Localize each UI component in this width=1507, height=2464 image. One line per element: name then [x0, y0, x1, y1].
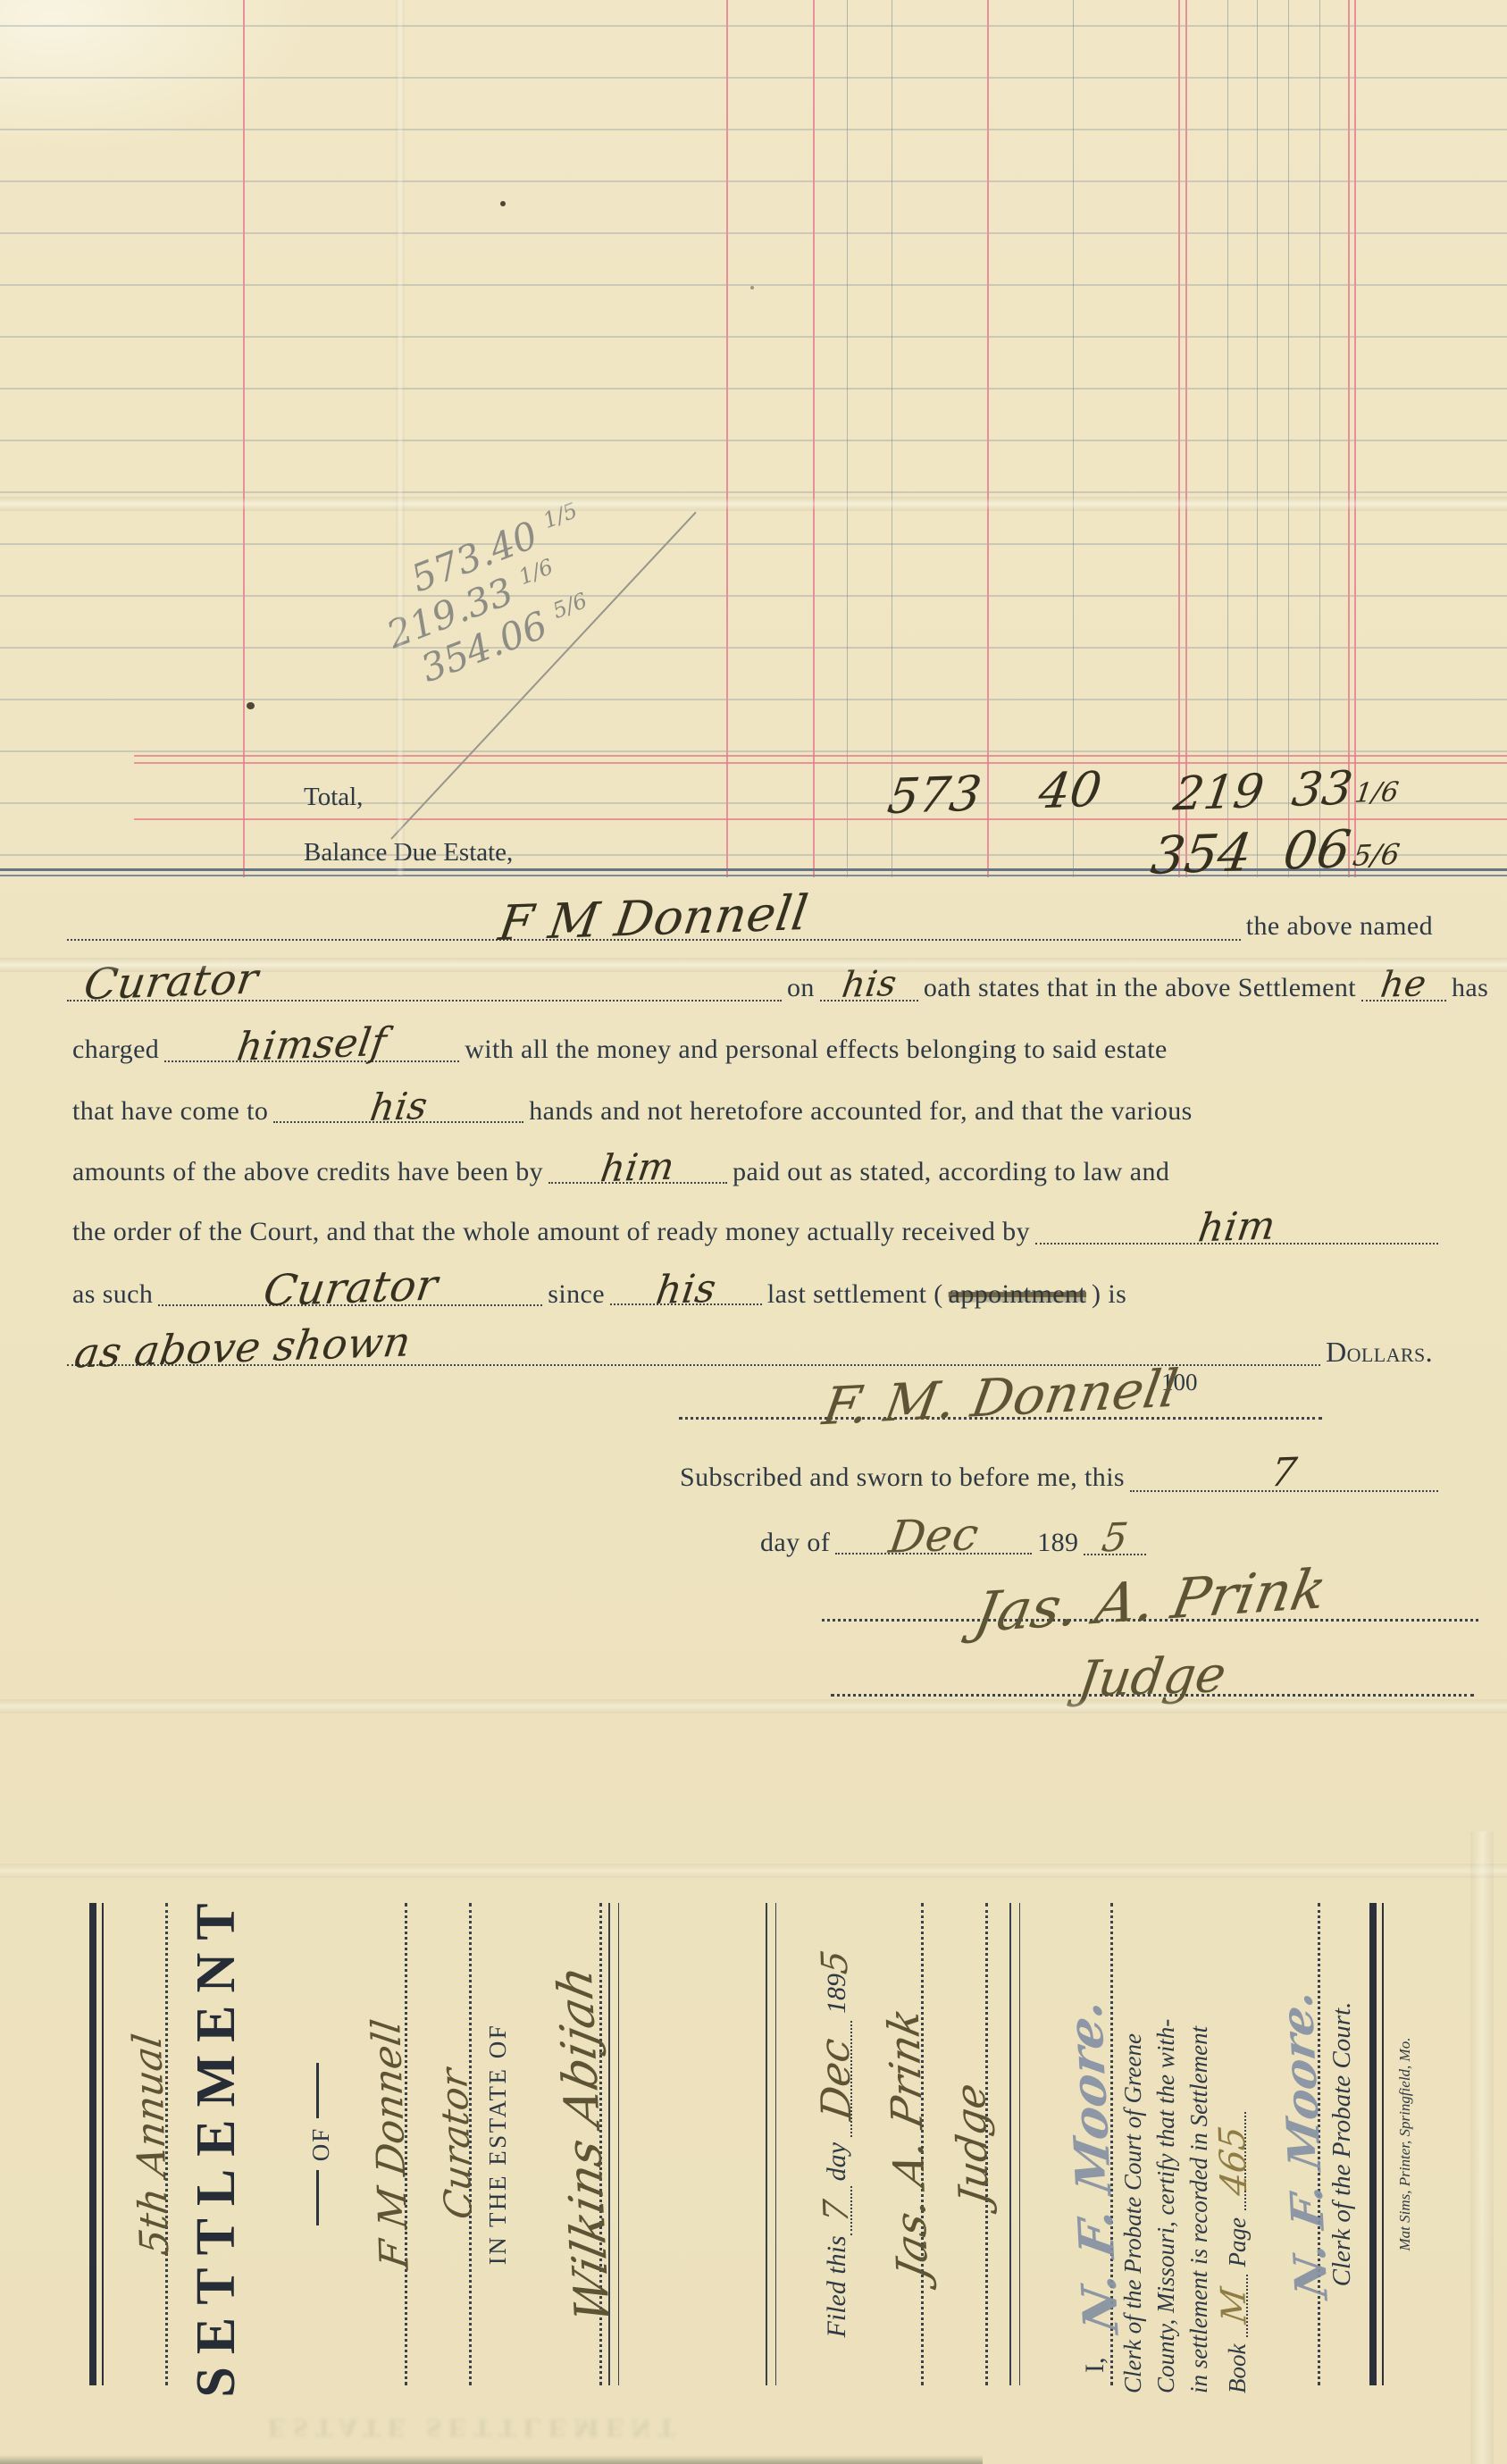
vertical-crease [396, 0, 405, 876]
ledger-column-line [1073, 0, 1074, 877]
amount-handwriting: as above shown [71, 1317, 414, 1377]
i-label: I, [1080, 2358, 1110, 2386]
docket-annual-row: 5th Annual [104, 1881, 168, 2408]
printed-text: amounts of the above credits have been b… [67, 1157, 548, 1187]
printed-text: paid out as stated, according to law and [727, 1157, 1175, 1187]
docket-clerk-oath-row: I, N. F. Moore. [1027, 1881, 1113, 2408]
docket-certification: Clerk of the Probate Court of Greene Cou… [1113, 1881, 1254, 2408]
name-blank: F M Donnell [67, 889, 1241, 941]
his-blank: his [273, 1071, 523, 1123]
total-amount-col2: 219 33 1/6 [1175, 765, 1398, 818]
balance-label: Balance Due Estate, [304, 838, 513, 867]
balance-amount: 354 06 5/6 [1152, 822, 1399, 883]
spacer [625, 1881, 759, 2408]
annual-handwriting: 5th Annual [125, 2031, 179, 2258]
docket-clerk-signature-row: N. F. Moore. [1254, 1881, 1320, 2408]
judge-title-line: Judge [831, 1624, 1474, 1697]
affidavit-line-3: charged himself with all the money and p… [67, 1010, 1438, 1060]
scanned-probate-settlement-document: 573.40 1/5 219.33 1/6 354.06 5/6 Total, … [0, 0, 1507, 2464]
settlement-title: SETTLEMENT [185, 1890, 248, 2397]
page-edge-crease [1470, 1831, 1494, 2464]
printed-text: last settlement ( [762, 1279, 949, 1310]
docket-party-row: F M Donnell [343, 1881, 407, 2408]
printed-text: on [782, 973, 820, 1003]
rule-dash [316, 2063, 319, 2118]
estate-label: IN THE ESTATE OF [484, 2024, 512, 2266]
printed-text: since [542, 1279, 610, 1310]
printed-text: the order of the Court, and that the who… [67, 1217, 1035, 1247]
amount-fraction: 5/6 [1351, 837, 1402, 873]
ledger-column-line [1227, 0, 1228, 877]
book-handwriting: M [1215, 2285, 1252, 2326]
printed-text: the above named [1241, 911, 1438, 942]
ink-speck [500, 201, 506, 206]
role-handwriting: Curator [431, 2066, 481, 2222]
printed-text: has [1446, 973, 1494, 1003]
fold-crease [0, 1864, 1507, 1878]
page-bottom-edge [0, 2455, 983, 2464]
ledger-cents-line [1319, 0, 1320, 877]
total-label: Total, [304, 783, 363, 812]
printed-text: charged [67, 1035, 164, 1065]
himself-blank: himself [164, 1010, 459, 1062]
ledger-cents-line [987, 0, 989, 877]
ledger-column-line [1354, 0, 1356, 877]
ledger-column-line [1257, 0, 1258, 877]
horizontal-rules [0, 0, 1507, 872]
docket-panel: 5th Annual SETTLEMENT OF F M Donnell Cur… [89, 1881, 1411, 2408]
curator-name-handwriting: F M Donnell [496, 884, 812, 951]
struck-word-appointment: appointment [949, 1279, 1086, 1310]
spacer [264, 1881, 298, 2408]
curator-signature-line: F. M. Donnell [679, 1338, 1322, 1420]
ledger-column-line [1185, 0, 1187, 877]
docket-of-row: OF [298, 1881, 343, 2408]
his-blank: his [610, 1253, 762, 1305]
fold-crease [0, 497, 1507, 511]
ledger-column-line [813, 0, 815, 877]
filed-month-handwriting: Dec [809, 2035, 860, 2123]
dollars-label: Dollars. [1320, 1336, 1438, 1369]
amount-digits: 219 33 [1170, 762, 1356, 822]
filed-year-label: 189 [822, 1974, 852, 2021]
affidavit-line-6: the order of the Court, and that the who… [67, 1193, 1438, 1243]
docket-thin-rule [759, 1881, 783, 2408]
docket-heavy-rule [1363, 1881, 1390, 2408]
him-handwriting: him [1195, 1203, 1278, 1252]
fold-crease [0, 1699, 1507, 1714]
affidavit-line-5: amounts of the above credits have been b… [67, 1132, 1438, 1182]
filed-year-handwriting: 5 [815, 1948, 857, 1976]
party-handwriting: F M Donnell [364, 2017, 418, 2272]
role-blank: Curator [158, 1254, 542, 1306]
ledger-margin-line [243, 0, 245, 877]
book-label: Book [1219, 2344, 1255, 2393]
him-blank: him [1035, 1193, 1438, 1245]
ledger-column-line [847, 0, 848, 877]
printed-text: with all the money and personal effects … [459, 1035, 1173, 1065]
printed-text: as such [67, 1279, 158, 1310]
of-label: OF [307, 2127, 335, 2162]
judge-signature-handwriting: Jas. A. Prink [879, 2004, 938, 2284]
amount-fraction: 1/6 [1352, 776, 1400, 809]
him-handwriting: him [599, 1144, 678, 1191]
affidavit-line-4: that have come to his hands and not here… [67, 1071, 1438, 1121]
printed-text: oath states that in the above Settlement [918, 973, 1361, 1003]
ledger-column-line [1178, 0, 1180, 877]
ledger-column-line [1288, 0, 1289, 877]
day-blank: 7 [1130, 1440, 1438, 1492]
curator-signature: F. M. Donnell [819, 1358, 1183, 1437]
filed-day-handwriting: 7 [816, 2198, 857, 2225]
filed-day-label: day [822, 2137, 852, 2186]
docket-title-row: SETTLEMENT [168, 1881, 264, 2408]
day-handwriting: 7 [1268, 1450, 1301, 1496]
total-amount-col1: 573 40 [884, 761, 1105, 825]
docket-estate-label-row: IN THE ESTATE OF [472, 1881, 523, 2408]
him-blank: him [548, 1132, 727, 1184]
his-handwriting: his [653, 1266, 719, 1313]
ink-speck [750, 286, 754, 289]
fold-crease [0, 958, 1507, 972]
judge-title-handwriting: Judge [946, 2081, 999, 2208]
ledger-column-line [726, 0, 728, 877]
his-handwriting: his [367, 1084, 431, 1129]
red-horizontal-rule [134, 755, 1507, 757]
printed-text: Subscribed and sworn to before me, this [674, 1462, 1130, 1493]
rule-dash [316, 2170, 319, 2225]
affidavit-line-1: F M Donnell the above named [67, 889, 1438, 939]
sworn-line: Subscribed and sworn to before me, this … [674, 1440, 1438, 1490]
docket-estate-row: Wilkins Abijah [523, 1881, 602, 2408]
affidavit-line-7: as such Curator since his last settlemen… [67, 1253, 1438, 1303]
ledger-column-line [1348, 0, 1350, 877]
printed-text: ) is [1086, 1279, 1132, 1310]
docket-filed-row: Filed this 7 day Dec 189 5 [783, 1881, 852, 2408]
judge-signature-line: Jas. A. Prink [822, 1519, 1478, 1622]
bleed-through-text: ESTATE SETTLEMENT [268, 2412, 682, 2443]
printed-text: that have come to [67, 1096, 273, 1127]
filed-label: Filed this [822, 2235, 852, 2337]
docket-judge-signature-row: Jas. A. Prink [852, 1881, 924, 2408]
page-label: Page [1219, 2217, 1255, 2267]
ledger-column-line [892, 0, 892, 877]
docket-role-row: Curator [407, 1881, 472, 2408]
printer-credit: Mat Sims, Printer, Springfield, Mo. [1396, 2038, 1414, 2251]
cert-line: in settlement is recorded in Settlement [1183, 1895, 1216, 2393]
role-handwriting: Curator [260, 1261, 440, 1317]
ink-speck [247, 702, 255, 709]
amount-digits: 354 06 [1148, 818, 1355, 886]
docket-printer-row: Mat Sims, Printer, Springfield, Mo. [1390, 1881, 1420, 2408]
himself-handwriting: himself [234, 1019, 389, 1070]
cert-line: County, Missouri, certify that the with- [1150, 1895, 1183, 2393]
printed-text: hands and not heretofore accounted for, … [523, 1096, 1198, 1127]
page-handwriting: 465 [1215, 2125, 1253, 2198]
